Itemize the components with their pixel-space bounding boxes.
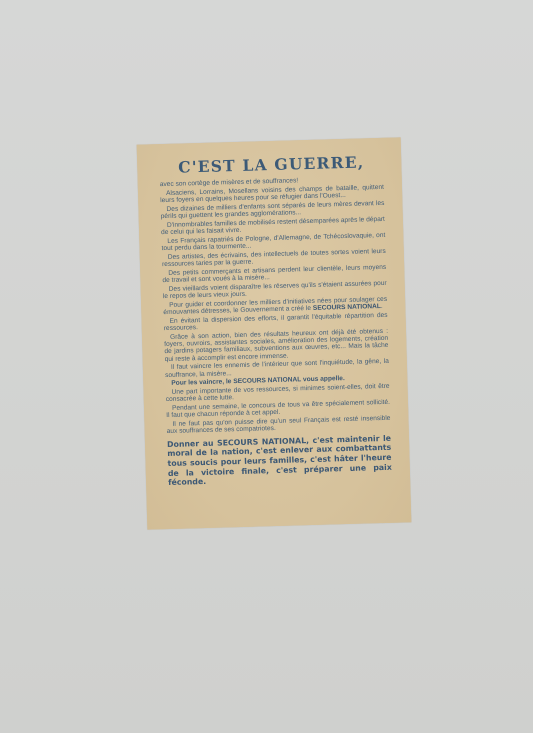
appeal-prefix: Pour les vaincre, le [171, 379, 233, 388]
leaflet-paper: C'EST LA GUERRE, avec son cortège de mis… [137, 137, 412, 529]
punctuation: . [381, 303, 383, 310]
closing-statement: Donner au SECOURS NATIONAL, c'est mainte… [167, 434, 392, 488]
org-name: SECOURS NATIONAL [233, 377, 301, 386]
leaflet-title: C'EST LA GUERRE, [159, 152, 383, 177]
appeal-suffix: vous appelle. [301, 375, 345, 383]
leaflet-body: avec son cortège de misères et de souffr… [160, 175, 391, 436]
org-name: SECOURS NATIONAL [313, 303, 381, 312]
leaflet-content: C'EST LA GUERRE, avec son cortège de mis… [159, 152, 392, 488]
paragraph: Grâce à son action, bien des résultats h… [164, 327, 389, 363]
